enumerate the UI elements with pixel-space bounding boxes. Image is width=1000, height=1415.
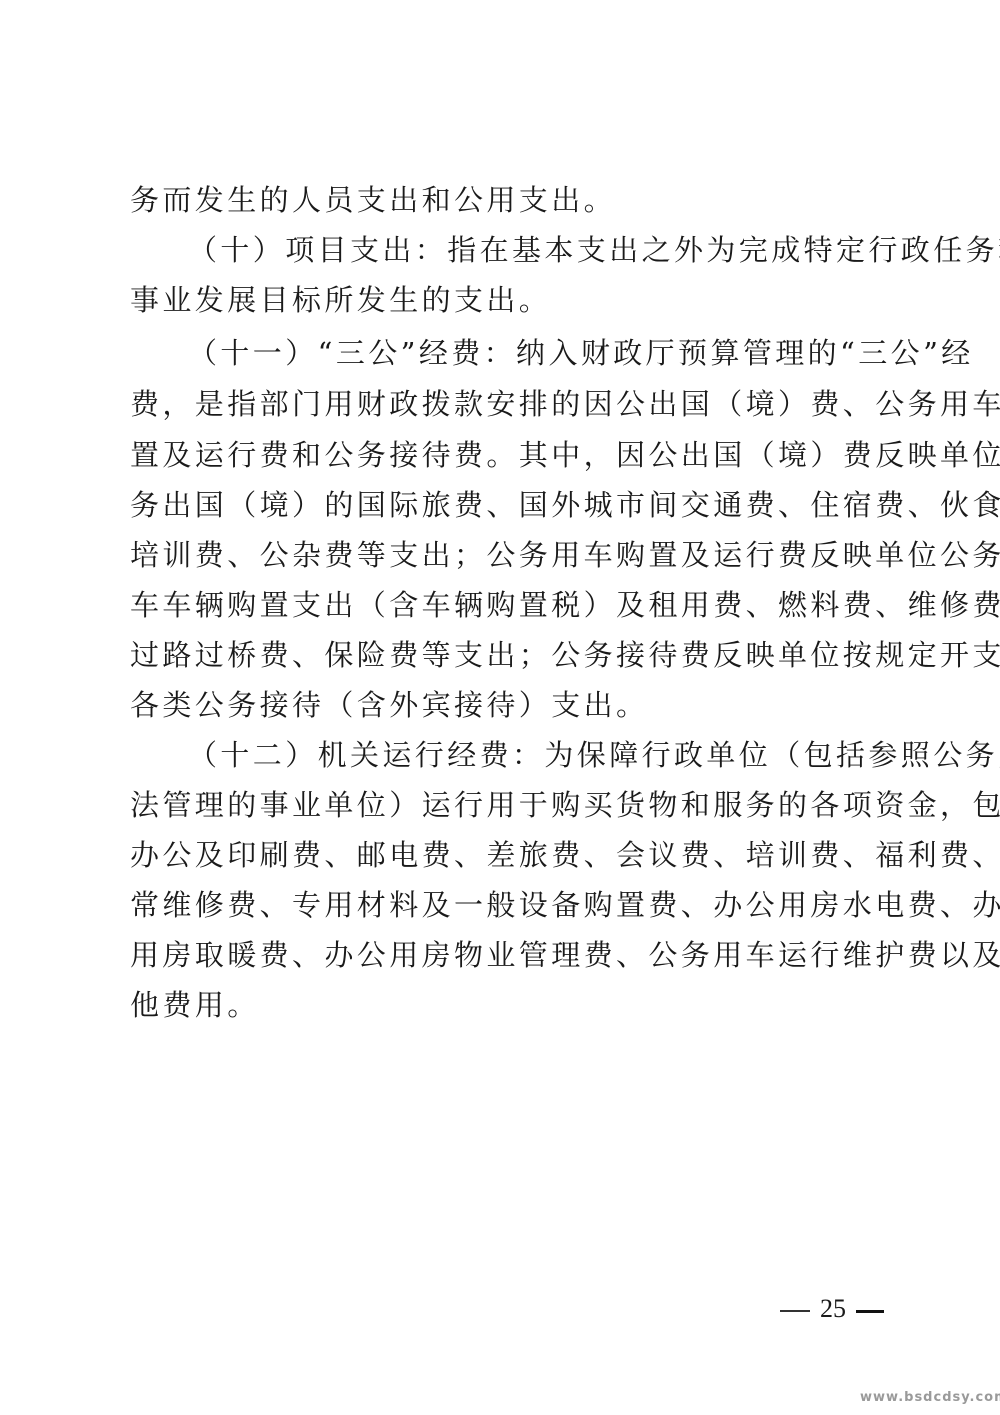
dash-right [856,1310,884,1313]
text-line: 过路过桥费、保险费等支出；公务接待费反映单位按规定开支的 [130,635,870,675]
text-line: 务出国（境）的国际旅费、国外城市间交通费、住宿费、伙食费、 [130,485,870,525]
text-line: 用房取暖费、办公用房物业管理费、公务用车运行维护费以及其 [130,935,870,975]
page-number-value: 25 [820,1294,846,1323]
text-line: （十二）机关运行经费：为保障行政单位（包括参照公务员 [188,735,870,775]
text-line: 法管理的事业单位）运行用于购买货物和服务的各项资金，包括 [130,785,870,825]
text-line: （十）项目支出：指在基本支出之外为完成特定行政任务和 [188,230,870,270]
text-line: 常维修费、专用材料及一般设备购置费、办公用房水电费、办公 [130,885,870,925]
text-line: 车车辆购置支出（含车辆购置税）及租用费、燃料费、维修费、 [130,585,870,625]
watermark: www.bsdcdsy.com [860,1390,1000,1405]
dash-left [780,1310,810,1312]
text-line: 他费用。 [130,985,870,1025]
page-number: 25 [770,1292,894,1326]
text-line: （十一）“三公”经费：纳入财政厅预算管理的“三公”经 [188,333,870,373]
text-line: 办公及印刷费、邮电费、差旅费、会议费、培训费、福利费、日 [130,835,870,875]
text-line: 事业发展目标所发生的支出。 [130,280,870,320]
text-line: 费，是指部门用财政拨款安排的因公出国（境）费、公务用车购 [130,384,870,424]
text-line: 各类公务接待（含外宾接待）支出。 [130,685,870,725]
text-line: 置及运行费和公务接待费。其中，因公出国（境）费反映单位公 [130,435,870,475]
text-line: 务而发生的人员支出和公用支出。 [130,180,870,220]
text-line: 培训费、公杂费等支出；公务用车购置及运行费反映单位公务用 [130,535,870,575]
